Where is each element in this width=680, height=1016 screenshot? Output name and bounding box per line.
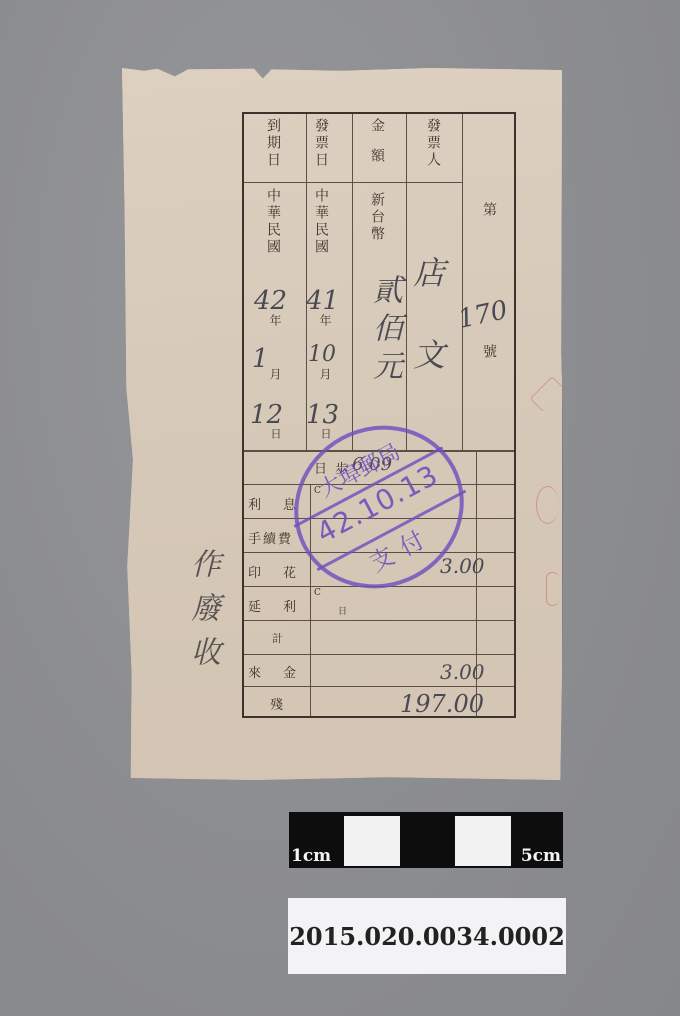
issue-month-value: 10 <box>308 342 336 367</box>
issue-date-era: 中華民國 <box>312 188 330 256</box>
stamp-duty-value: 3.00 <box>440 554 485 578</box>
scale-bar: 1cm 5cm <box>289 812 563 868</box>
issue-day-unit: 日 <box>316 428 334 442</box>
marginal-signature: 作廢收 <box>180 548 224 680</box>
scale-segment <box>344 816 400 866</box>
late-interest-unit: C <box>314 588 321 598</box>
scale-right-label: 5cm <box>521 846 561 866</box>
row-label-balance: 殘 <box>270 694 291 713</box>
currency-label: 新台幣 <box>368 192 386 243</box>
balance-value: 197.00 <box>400 690 484 718</box>
row-label-received: 來金 <box>248 662 318 681</box>
payment-slip-form: 到期日 發票日 金額 發票人 中華民國 中華民國 新台幣 第 號 年 月 日 年… <box>242 112 516 718</box>
number-prefix: 第 <box>480 202 498 219</box>
slip-number-value: 170 <box>455 295 510 335</box>
issue-year-value: 41 <box>306 286 339 316</box>
row-label-stamp-duty: 印花 <box>248 562 318 581</box>
received-value: 3.00 <box>440 660 485 684</box>
due-date-era: 中華民國 <box>264 188 282 256</box>
grid-line <box>244 686 514 687</box>
row-label-fee: 手續費 <box>248 528 293 547</box>
row-label-total: 計 <box>272 630 291 646</box>
scale-segment <box>455 816 511 866</box>
due-month-value: 1 <box>252 344 269 374</box>
due-year-value: 42 <box>254 286 287 316</box>
amount-label: 金額 <box>368 118 386 178</box>
number-suffix: 號 <box>480 344 498 361</box>
due-month-unit: 月 <box>266 368 284 383</box>
grid-line <box>244 182 462 183</box>
issuer-value: 店文 <box>404 256 450 420</box>
due-day-unit: 日 <box>266 428 284 442</box>
issue-day-value: 13 <box>306 400 339 430</box>
grid-line <box>462 114 463 450</box>
red-seal-fragment <box>536 486 559 524</box>
late-interest-day-unit: 日 <box>338 604 347 617</box>
due-year-unit: 年 <box>266 314 284 329</box>
issue-month-unit: 月 <box>316 368 334 383</box>
due-date-label: 到期日 <box>264 118 282 169</box>
amount-value: 貳佰元 <box>362 274 406 388</box>
grid-line <box>244 620 514 621</box>
issue-year-unit: 年 <box>316 314 334 329</box>
due-day-value: 12 <box>250 400 283 430</box>
grid-line <box>244 654 514 655</box>
issuer-label: 發票人 <box>424 118 442 169</box>
scale-left-label: 1cm <box>291 846 331 866</box>
issue-date-label: 發票日 <box>312 118 330 169</box>
row-label-late-interest: 延利 <box>248 596 318 615</box>
red-seal-fragment <box>546 572 559 606</box>
catalog-number-label: 2015.020.0034.0002 <box>288 898 566 974</box>
grid-line <box>352 114 353 450</box>
